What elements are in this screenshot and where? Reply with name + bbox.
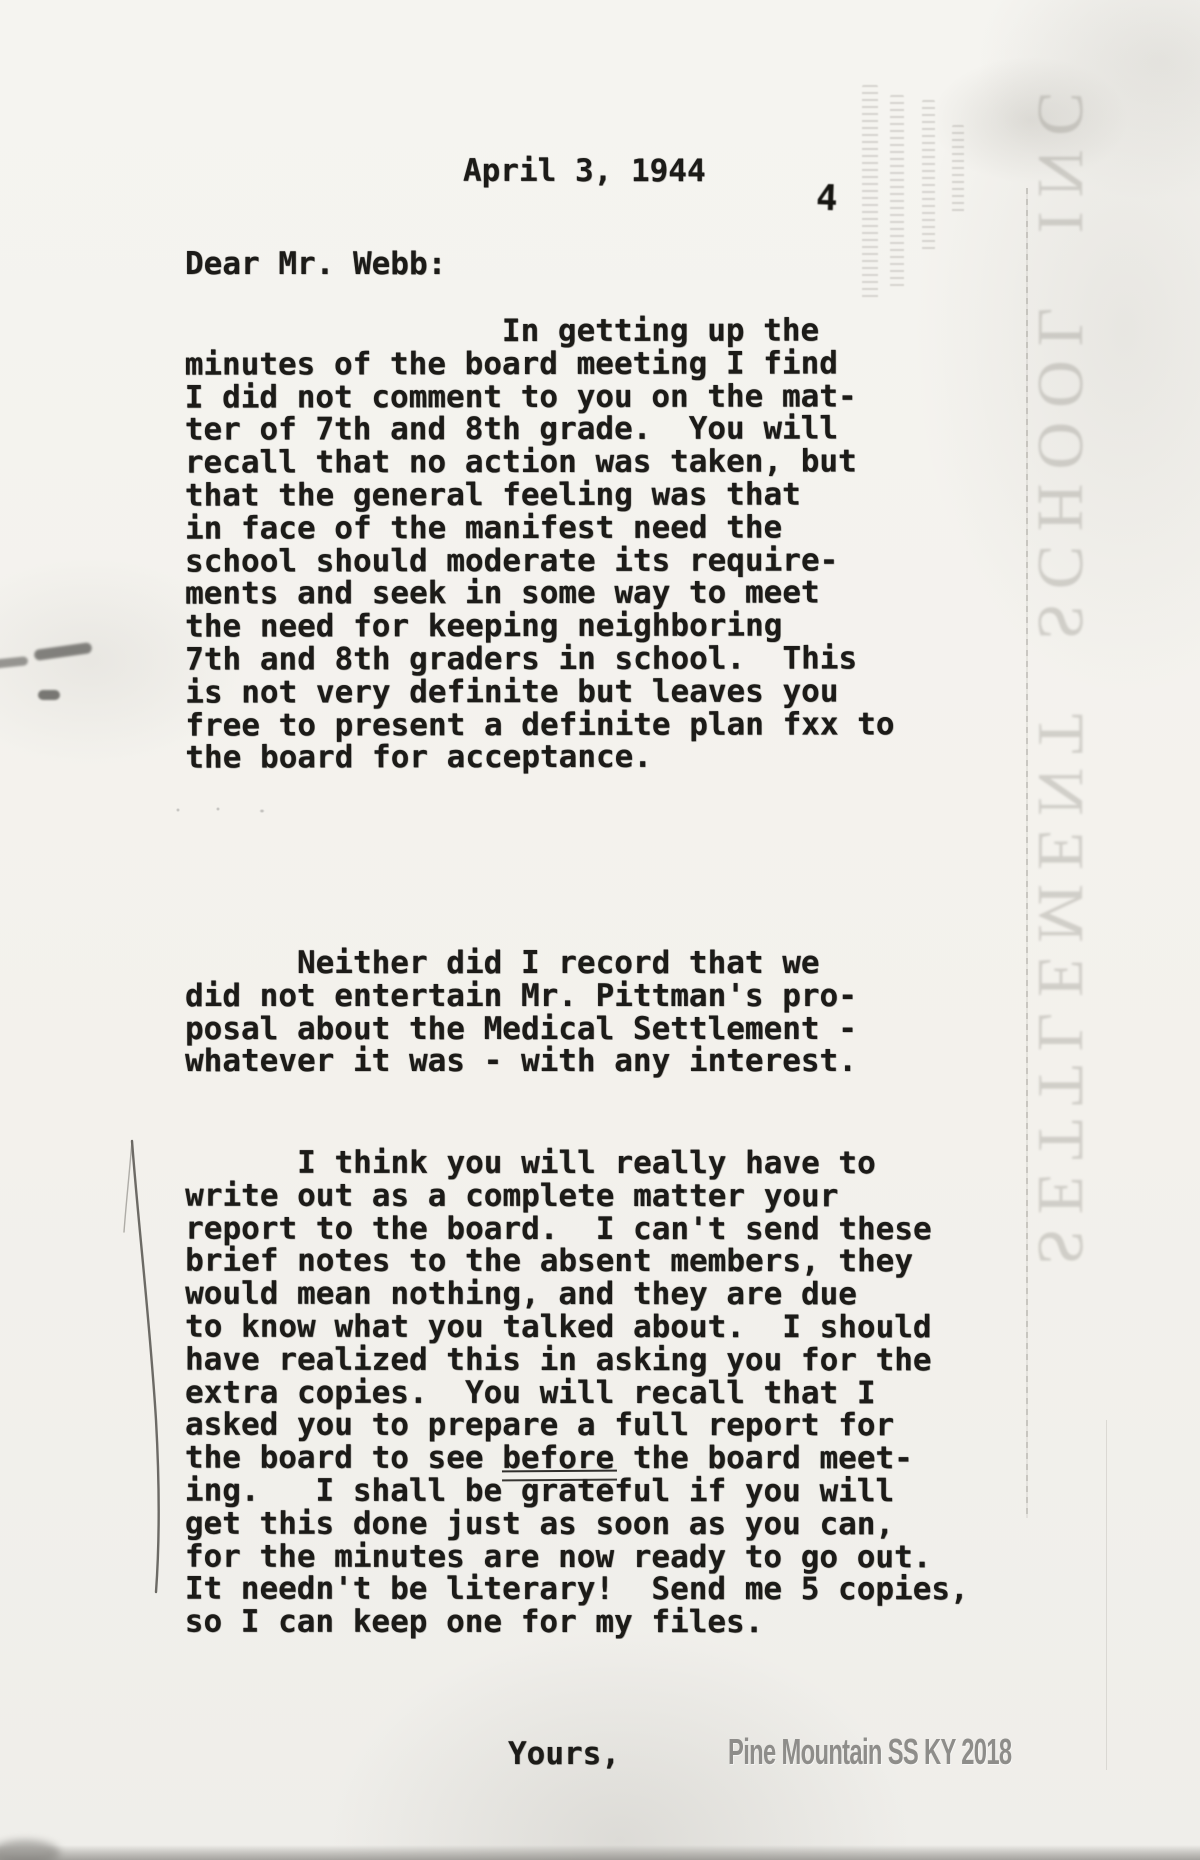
letterhead-bleedthrough: SETTLEMENT SCHOOL INC (1005, 35, 1115, 1355)
scan-bottom-edge (0, 1845, 1200, 1860)
archive-watermark: Pine Mountain SS KY 2018 (728, 1731, 1011, 1773)
letter-paragraph-2: Neither did I record that we did not ent… (185, 947, 857, 1078)
ink-smudge (34, 642, 93, 661)
letterhead-rule-bleedthrough (1026, 188, 1028, 1518)
letter-paragraph-3: I think you will really have to write ou… (185, 1147, 969, 1640)
letter-salutation: Dear Mr. Webb: (185, 248, 446, 281)
scan-line-artifact (1106, 1420, 1107, 1770)
letterhead-bleedthrough-text: SETTLEMENT SCHOOL INC (1005, 35, 1115, 1355)
ink-smudge (38, 690, 60, 700)
letter-closing: Yours, (508, 1738, 620, 1771)
faint-bleedthrough-text-strip (890, 95, 904, 290)
ink-smudge (0, 656, 28, 669)
faint-bleedthrough-text-strip (952, 125, 964, 215)
letter-paragraph-1: In getting up the minutes of the board m… (185, 314, 895, 774)
ink-specks (170, 806, 280, 814)
faint-bleedthrough-text-strip (922, 100, 935, 250)
underline-mark (502, 1470, 617, 1482)
letter-date: April 3, 1944 (463, 155, 706, 188)
faint-bleedthrough-text-strip (862, 85, 878, 300)
scanned-letter-page: SETTLEMENT SCHOOL INC April 3, 1944 4 De… (0, 0, 1200, 1860)
stray-typed-character: 4 (815, 178, 838, 220)
